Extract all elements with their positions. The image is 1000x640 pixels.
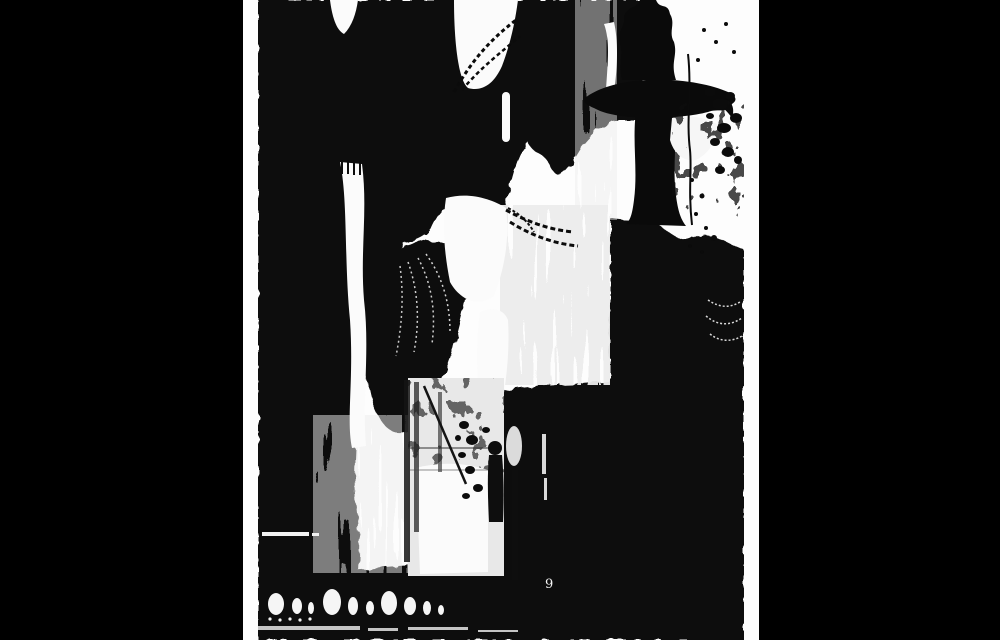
photograph: 9 <box>258 0 744 640</box>
photo-frame: 9 <box>243 0 759 640</box>
grain-white-overlay <box>258 0 744 640</box>
screenshot-background: 9 <box>0 0 1000 640</box>
